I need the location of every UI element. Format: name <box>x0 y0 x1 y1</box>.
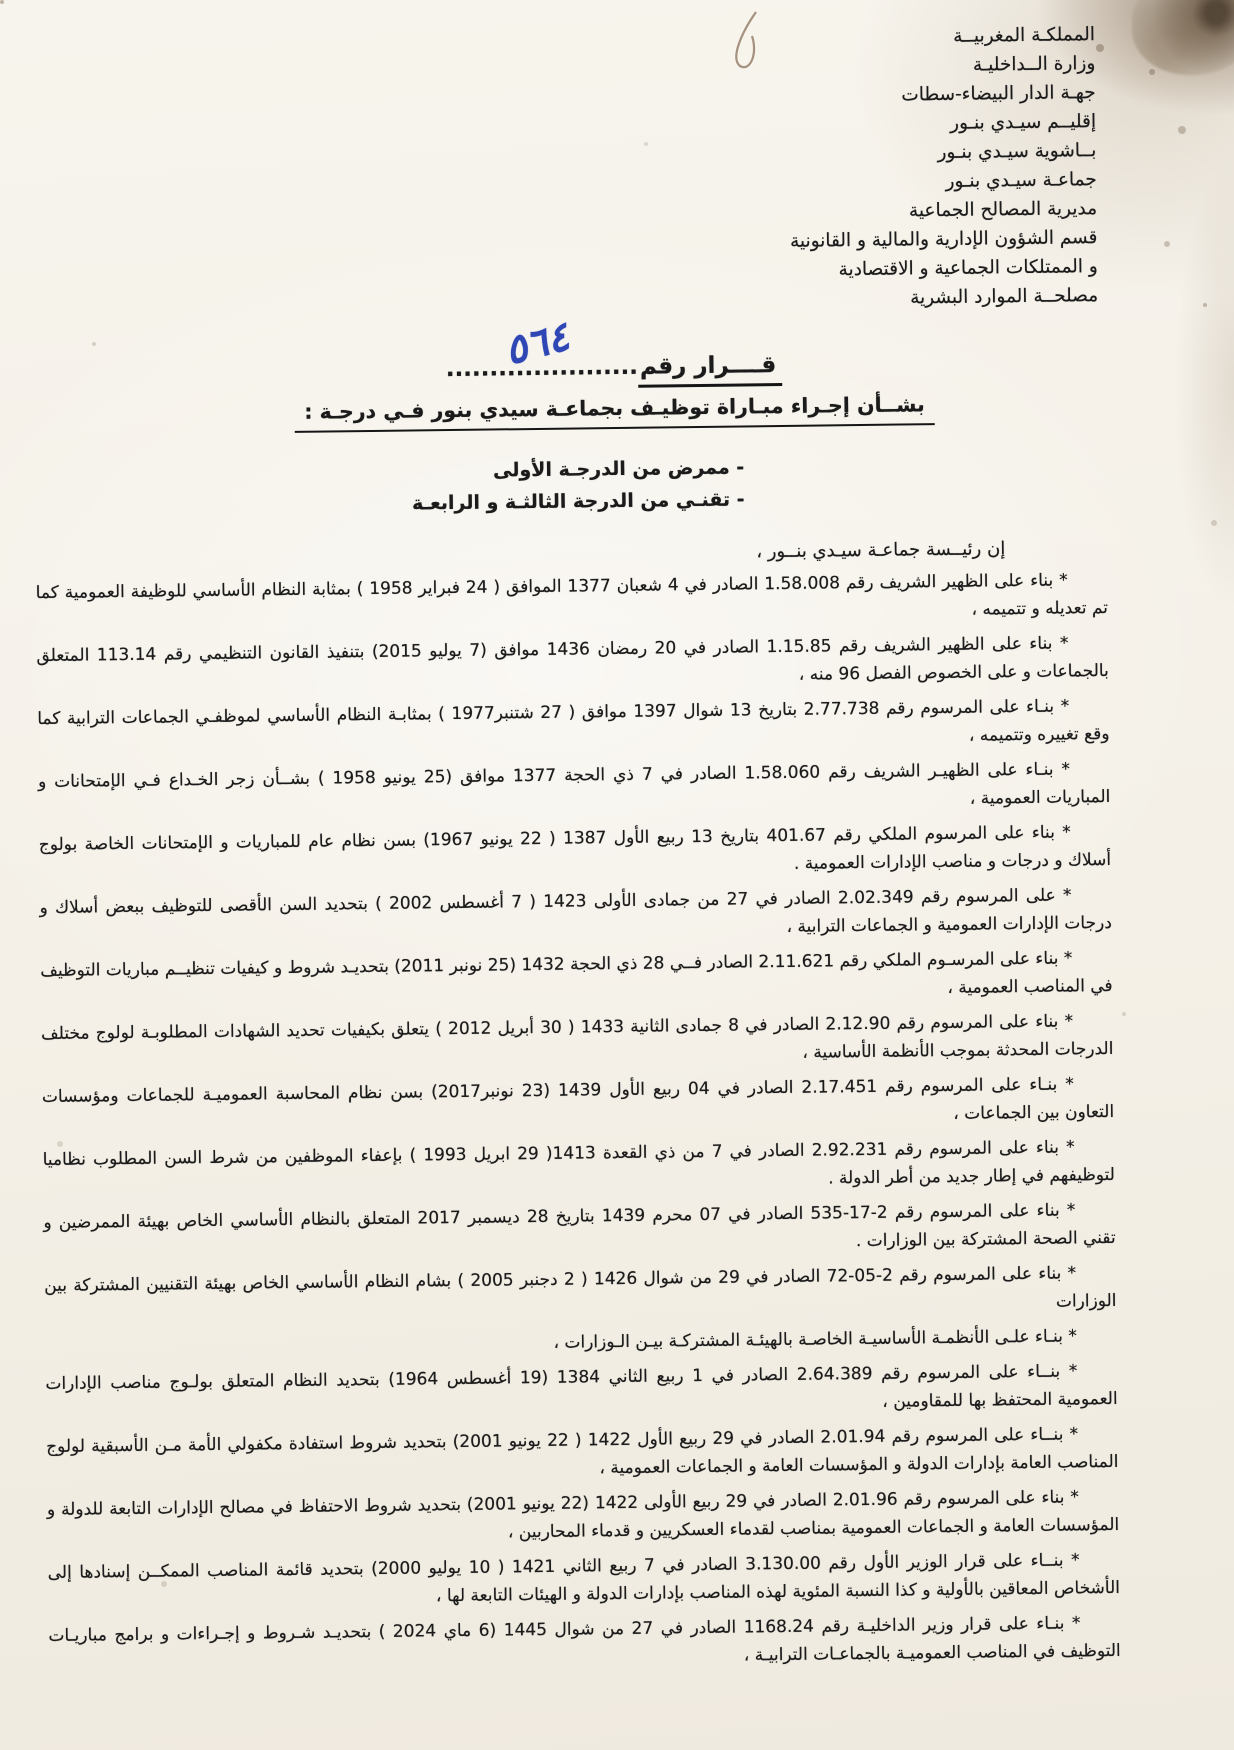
legal-reference-paragraph: * بنــاء على قرار الوزير الأول رقم 3.130… <box>48 1546 1121 1615</box>
legal-reference-paragraph: * بنـاء على الظهيـر الشريف رقم 1.58.060 … <box>38 755 1111 824</box>
decision-label: قــــرار رقم <box>638 352 783 388</box>
decision-subject-text: بشــأن إجـراء مبـاراة توظيـف بجماعـة سيد… <box>294 392 935 433</box>
legal-reference-paragraph: * بناء على المرسوم رقم 2.01.96 الصادر في… <box>47 1483 1120 1552</box>
legal-reference-paragraph: * بناء على المرسـوم الملكي رقم 2.11.621 … <box>40 944 1113 1013</box>
legal-reference-paragraph: * بنـاء على قرار وزير الداخليـة رقم 1168… <box>48 1609 1121 1678</box>
decision-title-block: ٥٦٤ قــــرار رقم...................... ب… <box>0 346 1232 436</box>
legal-reference-paragraph: * بناء على المرسوم رقم 2-17-535 الصادر ف… <box>43 1196 1116 1265</box>
administrative-header: المملكـة المغربيــة وزارة الــداخليـة جه… <box>0 0 1230 324</box>
legal-reference-paragraph: * بنـاء على المرسوم رقم 2.17.451 الصادر … <box>42 1070 1115 1139</box>
legal-reference-paragraph: * بنــاء على المرسوم رقم 2.01.94 الصادر … <box>46 1420 1119 1489</box>
decision-number-line: قــــرار رقم...................... <box>0 346 1231 387</box>
legal-reference-paragraph: * بنـاء على المرسوم رقم 2.77.738 بتاريخ … <box>37 692 1110 761</box>
legal-reference-paragraph: * بناء على المرسوم رقم 2.92.231 الصادر ف… <box>42 1133 1115 1202</box>
legal-reference-paragraph: * على المرسوم رقم 2.02.349 الصادر في 27 … <box>39 881 1112 950</box>
scan-speckles <box>0 0 4 4</box>
legal-reference-paragraph: * بناء على المرسوم رقم 2-05-72 الصادر في… <box>44 1259 1117 1328</box>
legal-reference-paragraph: * بنــاء على المرسوم رقم 2.64.389 الصادر… <box>45 1357 1118 1426</box>
legal-reference-paragraph: * بنـاء علـى الأنظمـة الأساسيـة الخاصـة … <box>45 1322 1117 1363</box>
legal-reference-paragraph: * بناء على المرسوم الملكي رقم 401.67 بتا… <box>39 818 1112 887</box>
intro-line: إن رئيــسة جماعـة سيـدي بنــور ، <box>35 538 1005 571</box>
decision-subject-line: بشــأن إجـراء مبـاراة توظيـف بجماعـة سيد… <box>0 388 1232 436</box>
legal-reference-paragraph: * بناء على الظهير الشريف رقم 1.58.008 ال… <box>36 566 1109 635</box>
legal-reference-paragraph: * بناء على الظهير الشريف رقم 1.15.85 الص… <box>36 629 1109 698</box>
legal-references: * بناء على الظهير الشريف رقم 1.58.008 ال… <box>36 566 1121 1678</box>
legal-reference-paragraph: * بناء على المرسوم رقم 2.12.90 الصادر في… <box>41 1007 1114 1076</box>
grades-list: - ممرض من الدرجـة الأولى - تقنـي من الدر… <box>0 451 745 524</box>
scanned-decree-page: المملكـة المغربيــة وزارة الــداخليـة جه… <box>0 0 1234 1750</box>
